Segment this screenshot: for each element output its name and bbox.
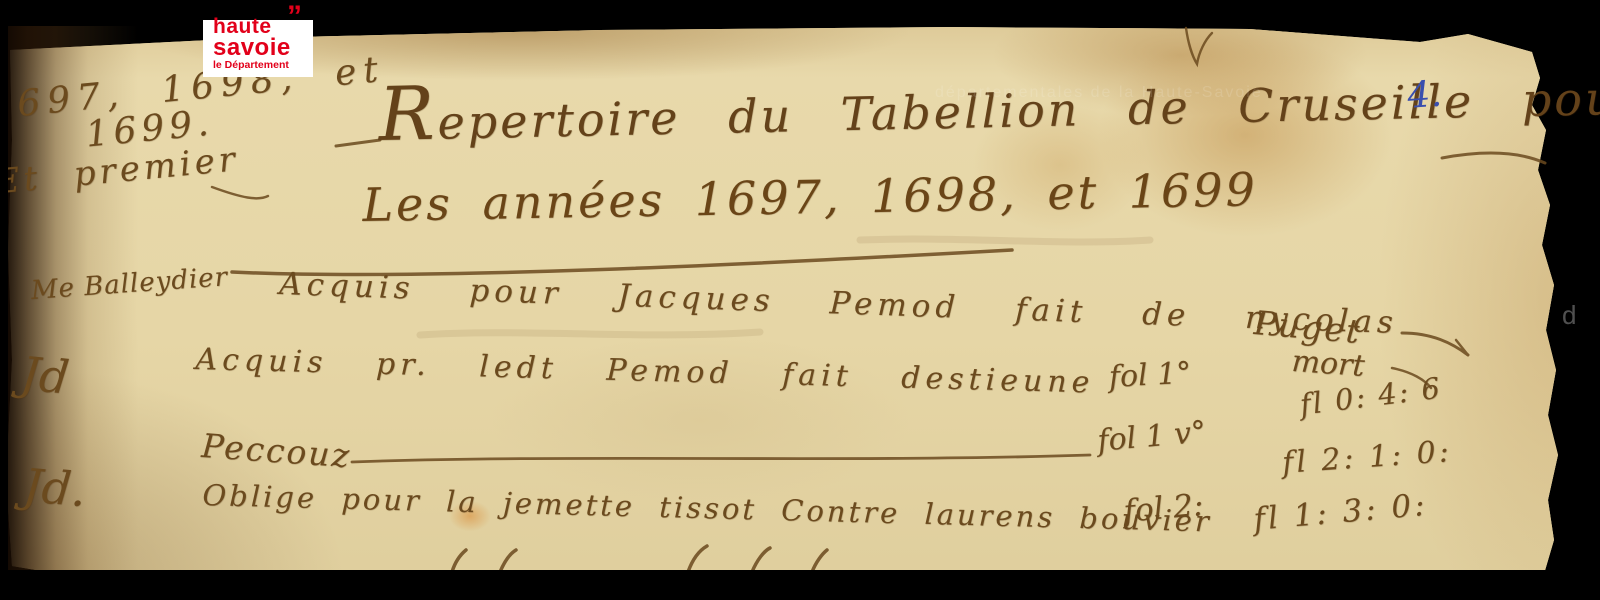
logo-quote-marks-icon: ” (287, 2, 302, 32)
entry2-margin-mark: Jd (18, 346, 71, 405)
logo-word-departement: le Département (213, 61, 313, 71)
entry4-folio: fol 2: (1122, 487, 1205, 530)
entry4-margin-mark: Jd. (21, 458, 88, 517)
frame-bar-left (0, 0, 8, 600)
entry2-folio: fol 1° (1108, 356, 1192, 395)
frame-bar-bottom (0, 570, 1600, 600)
watermark-text: départementales de la Haute-Savoie (935, 84, 1263, 102)
scanned-manuscript-view: 1697, 1698, et 1699. Et premier Repertoi… (0, 0, 1600, 600)
logo-word-savoie: savoie (213, 37, 313, 60)
blue-folio-number: 4. (1406, 74, 1443, 117)
watermark-edge-letter: d (1562, 300, 1576, 331)
entry2-note: mort (1291, 344, 1366, 384)
